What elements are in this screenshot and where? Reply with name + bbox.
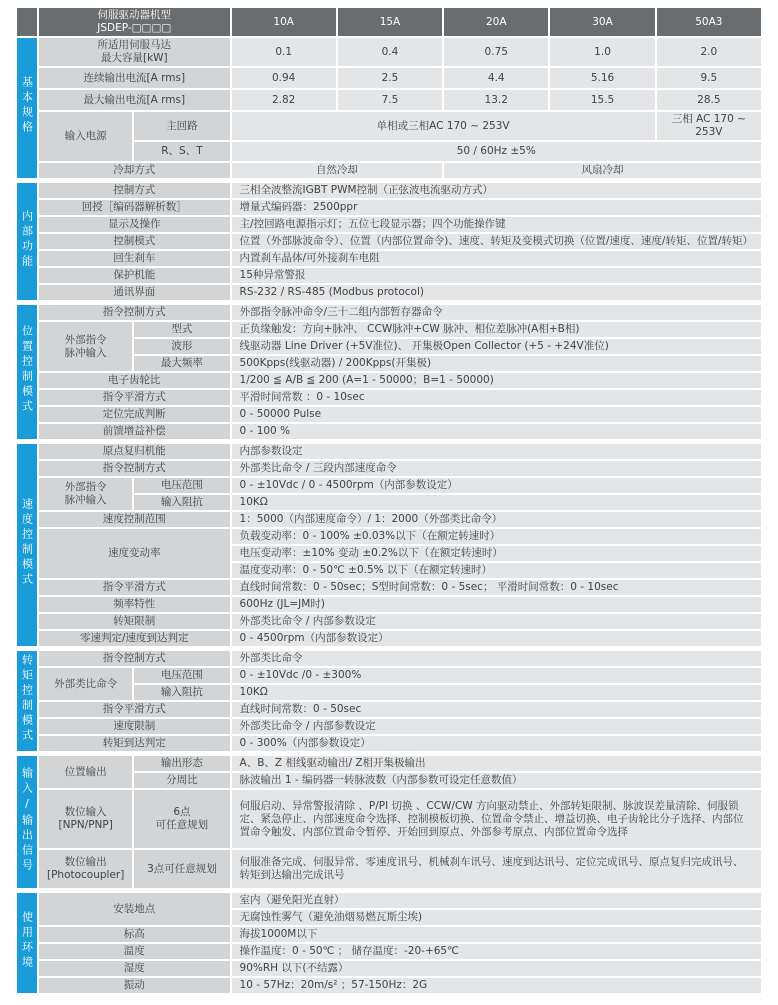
spec-value: 1.0 [550, 38, 656, 68]
section-label: 使用环境 [17, 893, 39, 995]
spec-value: 室内（避免阳光直射） [232, 893, 763, 910]
row-label: 速度限制 [39, 719, 232, 736]
row-label: 波形 [134, 339, 231, 356]
spec-sheet-page: 伺服驱动器机型 JSDEP-□□□□10A15A20A30A50A3基本规格所适… [0, 0, 778, 1005]
row-label: 最大输出电流[A rms] [39, 90, 232, 112]
row-label: 指令平滑方式 [39, 390, 232, 407]
row-label: 冷却方式 [39, 163, 232, 180]
row-label: 标高 [39, 927, 232, 944]
section-label-text: 使用环境 [21, 911, 34, 971]
spec-value: 0.75 [444, 38, 550, 68]
row-label: 输入阻抗 [134, 495, 231, 512]
row-label: 输入阻抗 [134, 685, 231, 702]
spec-value: 4.4 [444, 68, 550, 90]
spec-value: 5.16 [550, 68, 656, 90]
spec-value: 15种异常警报 [232, 268, 763, 285]
spec-value: 无腐蚀性雾气（避免油烟易燃瓦斯尘埃) [232, 910, 763, 927]
spec-value: 脉波输出 1 - 编码器一转脉波数（内部参数可设定任意数值） [232, 773, 763, 790]
row-label: 零速判定/速度到达判定 [39, 631, 232, 648]
spec-value: 风扇冷却 [444, 163, 763, 180]
row-label: 湿度 [39, 961, 232, 978]
table-row: 频率特性600Hz (JL=JM时) [17, 597, 763, 614]
table-row: 指令平滑方式直线时间常数：0 - 50sec；S型时间常数：0 - 5sec； … [17, 580, 763, 597]
row-label: 外部类比命令 [39, 668, 134, 702]
spec-value: 0.4 [338, 38, 444, 68]
spec-value: 1：5000（内部速度命令）/ 1：2000（外部类比命令） [232, 512, 763, 529]
section-label: 输入/输出信号 [17, 756, 39, 890]
table-row: 位置控制模式指令控制方式外部指令脉冲命令/三十二组内部暂存器命令 [17, 305, 763, 322]
table-row: 指令平滑方式平滑时间常数 ：0 - 10sec [17, 390, 763, 407]
spec-value: 0.1 [232, 38, 338, 68]
spec-value: 50 / 60Hz ±5% [232, 142, 763, 163]
row-label: 主回路 [134, 112, 231, 142]
table-row: 定位完成判断0 - 50000 Pulse [17, 407, 763, 424]
spec-value: 2.0 [657, 38, 763, 68]
model-column-header: 50A3 [657, 8, 763, 38]
row-label: 速度控制范围 [39, 512, 232, 529]
spec-value: 伺服准备完成、伺服异常、零速度讯号、机械刹车讯号、速度到达讯号、定位完成讯号、原… [232, 850, 763, 890]
row-label: 控制方式 [39, 183, 232, 200]
row-label: 所适用伺服马达 最大容量[kW] [39, 38, 232, 68]
spec-value: 内置刹车晶体/可外接刹车电阻 [232, 251, 763, 268]
table-row: 转矩控制模式指令控制方式外部类比命令 [17, 651, 763, 668]
spec-value: 海拔1000M以下 [232, 927, 763, 944]
row-label: 电压范围 [134, 668, 231, 685]
row-label: 外部指令 脉冲输入 [39, 478, 134, 512]
spec-value: 三相 AC 170 ~ 253V [657, 112, 763, 142]
row-label: 指令平滑方式 [39, 580, 232, 597]
model-column-header: 10A [232, 8, 338, 38]
row-label: 通讯界面 [39, 285, 232, 302]
table-row: 外部类比命令电压范围0 - ±10Vdc /0 - ±300% [17, 668, 763, 685]
table-row: 温度操作温度：0 - 50℃ ； 储存温度：-20-+65℃ [17, 944, 763, 961]
spec-value: 15.5 [550, 90, 656, 112]
spec-value: 直线时间常数：0 - 50sec；S型时间常数：0 - 5sec； 平滑时间常数… [232, 580, 763, 597]
row-label: 转矩限制 [39, 614, 232, 631]
table-row: 通讯界面RS-232 / RS-485 (Modbus protocol) [17, 285, 763, 302]
row-label: 指令控制方式 [39, 461, 232, 478]
spec-value: 90%RH 以下(不结露） [232, 961, 763, 978]
row-label: 数位输入 [NPN/PNP] [39, 790, 134, 850]
row-label: 回授［编码器解析数］ [39, 200, 232, 217]
spec-value: 三相全波整流IGBT PWM控制（正弦波电流驱动方式） [232, 183, 763, 200]
spec-value: 2.5 [338, 68, 444, 90]
row-label: R、S、T [134, 142, 231, 163]
spec-value: 7.5 [338, 90, 444, 112]
row-label: 电压范围 [134, 478, 231, 495]
section-label: 转矩控制模式 [17, 651, 39, 753]
section-label: 速度控制模式 [17, 444, 39, 648]
table-row: 振动10 - 57Hz：20m/s² ；57-150Hz：2G [17, 978, 763, 995]
spec-value: 0 - ±10Vdc / 0 - 4500rpm（内部参数设定） [232, 478, 763, 495]
table-row: 保护机能15种异常警报 [17, 268, 763, 285]
row-label: 外部指令 脉冲输入 [39, 322, 134, 373]
spec-value: 9.5 [657, 68, 763, 90]
spec-value: 10 - 57Hz：20m/s² ；57-150Hz：2G [232, 978, 763, 995]
spec-value: 0 - 4500rpm（内部参数设定） [232, 631, 763, 648]
row-label: 控制模式 [39, 234, 232, 251]
table-row: 速度控制范围1：5000（内部速度命令）/ 1：2000（外部类比命令） [17, 512, 763, 529]
section-label-text: 内部功能 [21, 210, 34, 270]
row-label: 速度变动率 [39, 529, 232, 580]
table-row: 转矩限制外部类比命令 / 内部参数设定 [17, 614, 763, 631]
servo-drive-spec-table: 伺服驱动器机型 JSDEP-□□□□10A15A20A30A50A3基本规格所适… [17, 8, 763, 995]
table-row: 电子齿轮比1/200 ≦ A/B ≦ 200 (A=1 - 50000；B=1 … [17, 373, 763, 390]
spec-value: 位置（外部脉波命令）、位置（内部位置命令)、速度、转矩及变模式切换（位置/速度、… [232, 234, 763, 251]
spec-value: 0.94 [232, 68, 338, 90]
table-row: 内部功能控制方式三相全波整流IGBT PWM控制（正弦波电流驱动方式） [17, 183, 763, 200]
spec-value: 内部参数设定 [232, 444, 763, 461]
section-label-text: 输入/输出信号 [21, 767, 34, 874]
row-label: 指令控制方式 [39, 305, 232, 322]
table-row: 冷却方式自然冷却风扇冷却 [17, 163, 763, 180]
table-row: 零速判定/速度到达判定0 - 4500rpm（内部参数设定） [17, 631, 763, 648]
spec-value: 28.5 [657, 90, 763, 112]
spec-value: 10KΩ [232, 685, 763, 702]
spec-value: 自然冷却 [232, 163, 445, 180]
spec-value: 负载变动率：0 - 100% ±0.03%以下（在额定转速时） [232, 529, 763, 546]
spec-value: 温度变动率：0 - 50℃ ±0.5% 以下（在额定转速时） [232, 563, 763, 580]
table-row: 数位输出 [Photocoupler]3点可任意规划伺服准备完成、伺服异常、零速… [17, 850, 763, 890]
spec-value: RS-232 / RS-485 (Modbus protocol) [232, 285, 763, 302]
spec-value: 500Kpps(线驱动器) / 200Kpps(开集极) [232, 356, 763, 373]
spec-value: 操作温度：0 - 50℃ ； 储存温度：-20-+65℃ [232, 944, 763, 961]
spec-value: 增量式编码器：2500ppr [232, 200, 763, 217]
table-row: 指令控制方式外部类比命令 / 三段内部速度命令 [17, 461, 763, 478]
row-label: 指令平滑方式 [39, 702, 232, 719]
row-label: 分周比 [134, 773, 231, 790]
row-label: 温度 [39, 944, 232, 961]
spec-value: 电压变动率：±10% 变动 ±0.2%以下（在额定转速时） [232, 546, 763, 563]
table-row: 前馈增益补偿0 - 100 % [17, 424, 763, 441]
row-label: 定位完成判断 [39, 407, 232, 424]
spec-value: 0 - 50000 Pulse [232, 407, 763, 424]
row-label: 位置输出 [39, 756, 134, 790]
table-row: 转矩到达判定0 - 300%（内部参数设定） [17, 736, 763, 753]
table-row: 输入电源主回路单相或三相AC 170 ~ 253V三相 AC 170 ~ 253… [17, 112, 763, 142]
section-label-text: 速度控制模式 [21, 498, 34, 588]
spec-value: 单相或三相AC 170 ~ 253V [232, 112, 657, 142]
row-label: 最大频率 [134, 356, 231, 373]
spec-value: 0 - ±10Vdc /0 - ±300% [232, 668, 763, 685]
table-row: 输入/输出信号位置输出输出形态A、B、Z 相线驱动输出/ Z相开集极输出 [17, 756, 763, 773]
table-row: 控制模式位置（外部脉波命令）、位置（内部位置命令)、速度、转矩及变模式切换（位置… [17, 234, 763, 251]
table-row: 最大输出电流[A rms]2.827.513.215.528.5 [17, 90, 763, 112]
row-label: 数位输出 [Photocoupler] [39, 850, 134, 890]
row-label: 显示及操作 [39, 217, 232, 234]
row-label: 保护机能 [39, 268, 232, 285]
row-label: 前馈增益补偿 [39, 424, 232, 441]
table-row: 显示及操作主/控回路电源指示灯；五位七段显示器；四个功能操作键 [17, 217, 763, 234]
spec-value: 600Hz (JL=JM时) [232, 597, 763, 614]
row-label: 原点复归机能 [39, 444, 232, 461]
model-column-header: 30A [550, 8, 656, 38]
model-series-label: 伺服驱动器机型 JSDEP-□□□□ [39, 8, 232, 38]
header-row: 伺服驱动器机型 JSDEP-□□□□10A15A20A30A50A3 [17, 8, 763, 38]
spec-value: 0 - 100 % [232, 424, 763, 441]
spec-value: 平滑时间常数 ：0 - 10sec [232, 390, 763, 407]
table-row: 速度变动率负载变动率：0 - 100% ±0.03%以下（在额定转速时） [17, 529, 763, 546]
table-row: 回生刹车内置刹车晶体/可外接刹车电阻 [17, 251, 763, 268]
table-row: 标高海拔1000M以下 [17, 927, 763, 944]
table-row: 使用环境安装地点室内（避免阳光直射） [17, 893, 763, 910]
row-label: 安装地点 [39, 893, 232, 927]
spec-value: 外部类比命令 / 内部参数设定 [232, 719, 763, 736]
spec-value: 2.82 [232, 90, 338, 112]
table-row: 指令平滑方式直线时间常数：0 - 50sec [17, 702, 763, 719]
spec-value: 直线时间常数：0 - 50sec [232, 702, 763, 719]
spec-value: 外部类比命令 [232, 651, 763, 668]
table-row: 外部指令 脉冲输入电压范围0 - ±10Vdc / 0 - 4500rpm（内部… [17, 478, 763, 495]
model-column-header: 15A [338, 8, 444, 38]
spec-value: 0 - 300%（内部参数设定） [232, 736, 763, 753]
spec-value: 10KΩ [232, 495, 763, 512]
spec-value: A、B、Z 相线驱动输出/ Z相开集极输出 [232, 756, 763, 773]
row-label: 输入电源 [39, 112, 134, 163]
row-label: 型式 [134, 322, 231, 339]
row-label: 连续输出电流[A rms] [39, 68, 232, 90]
row-label: 输出形态 [134, 756, 231, 773]
table-row: 回授［编码器解析数］增量式编码器：2500ppr [17, 200, 763, 217]
row-label: 频率特性 [39, 597, 232, 614]
spec-value: 正负缘触发：方向+脉冲、 CCW脉冲+CW 脉冲、相位差脉冲(A相+B相) [232, 322, 763, 339]
table-row: 湿度90%RH 以下(不结露） [17, 961, 763, 978]
table-row: 连续输出电流[A rms]0.942.54.45.169.5 [17, 68, 763, 90]
spec-value: 13.2 [444, 90, 550, 112]
table-row: 速度限制外部类比命令 / 内部参数设定 [17, 719, 763, 736]
spec-value: 线驱动器 Line Driver (+5V准位)、 开集极Open Collec… [232, 339, 763, 356]
row-label: 3点可任意规划 [134, 850, 231, 890]
table-row: 外部指令 脉冲输入型式正负缘触发：方向+脉冲、 CCW脉冲+CW 脉冲、相位差脉… [17, 322, 763, 339]
spec-value: 伺服启动、异常警报清除 、P/PI 切换 、CCW/CW 方向驱动禁止、外部转矩… [232, 790, 763, 850]
section-label-text: 位置控制模式 [21, 325, 34, 415]
header-corner-cell [17, 8, 39, 38]
spec-value: 外部指令脉冲命令/三十二组内部暂存器命令 [232, 305, 763, 322]
section-label-text: 转矩控制模式 [21, 654, 34, 744]
section-label-text: 基本规格 [21, 76, 34, 136]
table-row: 数位输入 [NPN/PNP]6点 可任意规划伺服启动、异常警报清除 、P/PI … [17, 790, 763, 850]
spec-value: 主/控回路电源指示灯；五位七段显示器；四个功能操作键 [232, 217, 763, 234]
row-label: 回生刹车 [39, 251, 232, 268]
table-row: 速度控制模式原点复归机能内部参数设定 [17, 444, 763, 461]
spec-value: 1/200 ≦ A/B ≦ 200 (A=1 - 50000；B=1 - 500… [232, 373, 763, 390]
section-label: 基本规格 [17, 38, 39, 180]
table-row: 基本规格所适用伺服马达 最大容量[kW]0.10.40.751.02.0 [17, 38, 763, 68]
row-label: 6点 可任意规划 [134, 790, 231, 850]
row-label: 指令控制方式 [39, 651, 232, 668]
section-label: 内部功能 [17, 183, 39, 302]
section-label: 位置控制模式 [17, 305, 39, 441]
spec-value: 外部类比命令 / 内部参数设定 [232, 614, 763, 631]
spec-value: 外部类比命令 / 三段内部速度命令 [232, 461, 763, 478]
row-label: 电子齿轮比 [39, 373, 232, 390]
row-label: 转矩到达判定 [39, 736, 232, 753]
model-column-header: 20A [444, 8, 550, 38]
row-label: 振动 [39, 978, 232, 995]
